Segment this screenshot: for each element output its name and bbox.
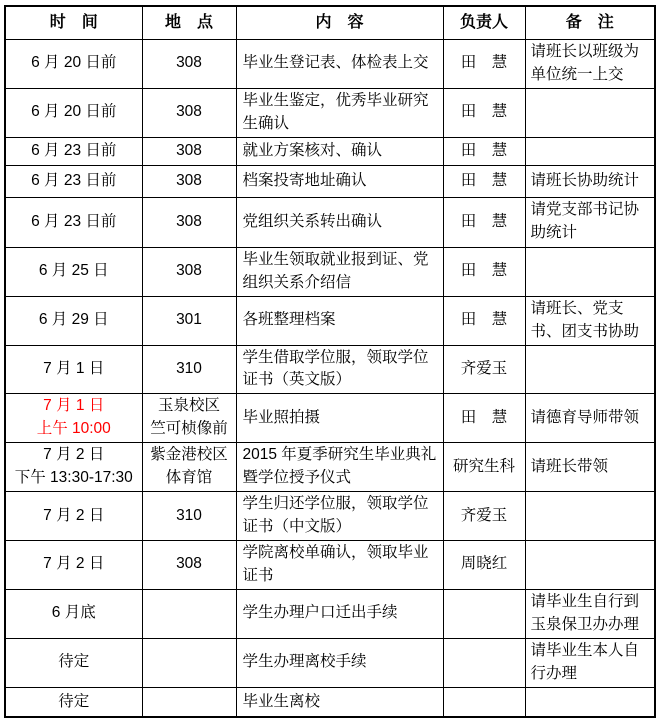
cell-content: 毕业生领取就业报到证、党组织关系介绍信 [236,247,443,296]
cell-location: 308 [142,40,236,89]
cell-time: 6 月 23 日前 [5,165,142,197]
header-note: 备 注 [525,6,655,40]
cell-person: 田 慧 [443,165,525,197]
cell-time: 6 月 20 日前 [5,88,142,137]
cell-location: 玉泉校区竺可桢像前 [142,394,236,443]
cell-content: 学生借取学位服，领取学位证书（英文版） [236,345,443,394]
cell-content: 各班整理档案 [236,296,443,345]
cell-note: 请毕业生本人自行办理 [525,638,655,687]
cell-location: 紫金港校区体育馆 [142,443,236,492]
cell-location: 308 [142,165,236,197]
table-row: 7 月 1 日310学生借取学位服，领取学位证书（英文版）齐爱玉 [5,345,655,394]
cell-location: 308 [142,88,236,137]
cell-note: 请班长带领 [525,443,655,492]
header-content: 内 容 [236,6,443,40]
cell-person [443,638,525,687]
cell-time: 待定 [5,687,142,717]
cell-time: 6 月 29 日 [5,296,142,345]
cell-content: 档案投寄地址确认 [236,165,443,197]
cell-time: 6 月 23 日前 [5,137,142,165]
cell-content: 毕业生鉴定，优秀毕业研究生确认 [236,88,443,137]
cell-note [525,137,655,165]
table-row: 7 月 2 日下午 13:30-17:30紫金港校区体育馆2015 年夏季研究生… [5,443,655,492]
cell-note: 请德育导师带领 [525,394,655,443]
cell-note [525,247,655,296]
cell-person: 齐爱玉 [443,345,525,394]
table-row: 6 月 29 日301各班整理档案田 慧请班长、党支书、团支书协助 [5,296,655,345]
cell-person: 田 慧 [443,88,525,137]
cell-person: 周晓红 [443,541,525,590]
page: 时 间 地 点 内 容 负责人 备 注 6 月 20 日前308毕业生登记表、体… [0,0,664,718]
cell-location: 310 [142,345,236,394]
cell-note [525,88,655,137]
table-row: 待定学生办理离校手续请毕业生本人自行办理 [5,638,655,687]
cell-note [525,687,655,717]
cell-note: 请班长协助统计 [525,165,655,197]
cell-location: 301 [142,296,236,345]
cell-content: 毕业照拍摄 [236,394,443,443]
cell-note: 请班长以班级为单位统一上交 [525,40,655,89]
cell-time: 6 月 25 日 [5,247,142,296]
cell-content: 学生办理户口迁出手续 [236,589,443,638]
table-row: 7 月 2 日310学生归还学位服，领取学位证书（中文版）齐爱玉 [5,492,655,541]
cell-time: 6 月 20 日前 [5,40,142,89]
table-row: 6 月 20 日前308毕业生登记表、体检表上交田 慧请班长以班级为单位统一上交 [5,40,655,89]
cell-person: 研究生科 [443,443,525,492]
cell-note [525,492,655,541]
table-row: 待定毕业生离校 [5,687,655,717]
cell-content: 党组织关系转出确认 [236,197,443,247]
cell-time: 7 月 2 日下午 13:30-17:30 [5,443,142,492]
cell-location [142,638,236,687]
cell-person: 田 慧 [443,296,525,345]
cell-note [525,541,655,590]
cell-location [142,687,236,717]
header-location: 地 点 [142,6,236,40]
cell-person: 田 慧 [443,137,525,165]
table-row: 6 月 23 日前308档案投寄地址确认田 慧请班长协助统计 [5,165,655,197]
cell-person [443,589,525,638]
schedule-table: 时 间 地 点 内 容 负责人 备 注 6 月 20 日前308毕业生登记表、体… [4,5,656,718]
cell-time: 7 月 2 日 [5,492,142,541]
table-row: 6 月 20 日前308毕业生鉴定，优秀毕业研究生确认田 慧 [5,88,655,137]
cell-time: 7 月 1 日 [5,345,142,394]
cell-person [443,687,525,717]
cell-location: 308 [142,541,236,590]
cell-person: 田 慧 [443,40,525,89]
table-row: 6 月底学生办理户口迁出手续请毕业生自行到玉泉保卫办办理 [5,589,655,638]
cell-location: 308 [142,197,236,247]
cell-location [142,589,236,638]
cell-person: 田 慧 [443,197,525,247]
cell-note [525,345,655,394]
cell-time: 7 月 2 日 [5,541,142,590]
cell-content: 学院离校单确认，领取毕业证书 [236,541,443,590]
cell-content: 学生办理离校手续 [236,638,443,687]
cell-time: 待定 [5,638,142,687]
header-time: 时 间 [5,6,142,40]
cell-note: 请毕业生自行到玉泉保卫办办理 [525,589,655,638]
table-row: 6 月 25 日308毕业生领取就业报到证、党组织关系介绍信田 慧 [5,247,655,296]
cell-content: 毕业生登记表、体检表上交 [236,40,443,89]
cell-content: 2015 年夏季研究生毕业典礼暨学位授予仪式 [236,443,443,492]
cell-content: 学生归还学位服，领取学位证书（中文版） [236,492,443,541]
table-row: 6 月 23 日前308就业方案核对、确认田 慧 [5,137,655,165]
cell-location: 308 [142,247,236,296]
table-row: 7 月 2 日308学院离校单确认，领取毕业证书周晓红 [5,541,655,590]
table-row: 7 月 1 日上午 10:00玉泉校区竺可桢像前毕业照拍摄田 慧请德育导师带领 [5,394,655,443]
cell-time: 6 月 23 日前 [5,197,142,247]
cell-content: 毕业生离校 [236,687,443,717]
cell-time: 7 月 1 日上午 10:00 [5,394,142,443]
header-person: 负责人 [443,6,525,40]
table-row: 6 月 23 日前308党组织关系转出确认田 慧请党支部书记协助统计 [5,197,655,247]
header-row: 时 间 地 点 内 容 负责人 备 注 [5,6,655,40]
cell-location: 310 [142,492,236,541]
cell-content: 就业方案核对、确认 [236,137,443,165]
cell-person: 齐爱玉 [443,492,525,541]
cell-person: 田 慧 [443,247,525,296]
cell-person: 田 慧 [443,394,525,443]
cell-location: 308 [142,137,236,165]
cell-time: 6 月底 [5,589,142,638]
cell-note: 请班长、党支书、团支书协助 [525,296,655,345]
cell-note: 请党支部书记协助统计 [525,197,655,247]
